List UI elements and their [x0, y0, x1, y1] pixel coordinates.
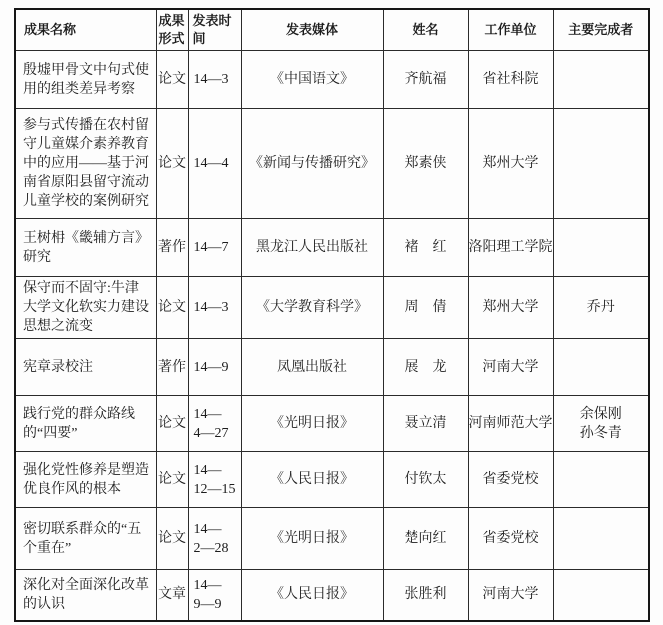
cell-publish-media: 《大学教育科学》 [241, 277, 383, 339]
table-row: 践行党的群众路线的“四要” 论文 14— 4—27 《光明日报》 聂立清 河南师… [15, 396, 649, 452]
column-header-achievement-name: 成果名称 [15, 9, 156, 51]
cell-achievement-form: 论文 [156, 396, 188, 452]
cell-person-name: 展 龙 [383, 339, 468, 396]
cell-person-name: 聂立清 [383, 396, 468, 452]
cell-achievement-form: 著作 [156, 219, 188, 277]
cell-person-name: 齐航福 [383, 51, 468, 109]
cell-work-unit: 洛阳理工学院 [468, 219, 553, 277]
cell-publish-media: 《中国语文》 [241, 51, 383, 109]
cell-work-unit: 河南大学 [468, 570, 553, 621]
cell-publish-date: 14— 4—27 [188, 396, 241, 452]
cell-achievement-form: 论文 [156, 277, 188, 339]
cell-work-unit: 省委党校 [468, 508, 553, 570]
cell-achievement-name: 密切联系群众的“五个重在” [15, 508, 156, 570]
cell-achievement-name: 王树枏《畿辅方言》研究 [15, 219, 156, 277]
cell-main-completers: 余保刚 孙冬青 [553, 396, 649, 452]
cell-person-name: 褚 红 [383, 219, 468, 277]
cell-person-name: 楚向红 [383, 508, 468, 570]
cell-main-completers [553, 51, 649, 109]
cell-main-completers [553, 570, 649, 621]
cell-achievement-form: 论文 [156, 452, 188, 508]
cell-publish-date: 14— 12—15 [188, 452, 241, 508]
document-page: 成果名称 成果形式 发表时间 发表媒体 姓名 工作单位 主要完成者 殷墟甲骨文中… [14, 8, 650, 622]
column-header-main-completers: 主要完成者 [553, 9, 649, 51]
table-row: 深化对全面深化改革的认识 文章 14— 9—9 《人民日报》 张胜利 河南大学 [15, 570, 649, 621]
cell-publish-media: 《新闻与传播研究》 [241, 109, 383, 219]
cell-person-name: 郑素侠 [383, 109, 468, 219]
cell-achievement-name: 殷墟甲骨文中句式使用的组类差异考察 [15, 51, 156, 109]
cell-work-unit: 河南师范大学 [468, 396, 553, 452]
cell-work-unit: 郑州大学 [468, 109, 553, 219]
table-row: 宪章录校注 著作 14—9 凤凰出版社 展 龙 河南大学 [15, 339, 649, 396]
table-header-row: 成果名称 成果形式 发表时间 发表媒体 姓名 工作单位 主要完成者 [15, 9, 649, 51]
cell-main-completers [553, 452, 649, 508]
cell-work-unit: 省委党校 [468, 452, 553, 508]
cell-publish-media: 《光明日报》 [241, 396, 383, 452]
table-row: 强化党性修养是塑造优良作风的根本 论文 14— 12—15 《人民日报》 付钦太… [15, 452, 649, 508]
cell-main-completers [553, 109, 649, 219]
cell-publish-date: 14—3 [188, 51, 241, 109]
table-row: 密切联系群众的“五个重在” 论文 14— 2—28 《光明日报》 楚向红 省委党… [15, 508, 649, 570]
cell-work-unit: 省社科院 [468, 51, 553, 109]
cell-publish-date: 14—3 [188, 277, 241, 339]
cell-achievement-form: 文章 [156, 570, 188, 621]
results-table: 成果名称 成果形式 发表时间 发表媒体 姓名 工作单位 主要完成者 殷墟甲骨文中… [14, 8, 650, 622]
cell-publish-media: 《光明日报》 [241, 508, 383, 570]
table-row: 殷墟甲骨文中句式使用的组类差异考察 论文 14—3 《中国语文》 齐航福 省社科… [15, 51, 649, 109]
cell-publish-date: 14—9 [188, 339, 241, 396]
column-header-publish-media: 发表媒体 [241, 9, 383, 51]
cell-achievement-name: 宪章录校注 [15, 339, 156, 396]
cell-achievement-name: 强化党性修养是塑造优良作风的根本 [15, 452, 156, 508]
table-row: 保守而不固守:牛津大学文化软实力建设思想之流变 论文 14—3 《大学教育科学》… [15, 277, 649, 339]
cell-main-completers [553, 508, 649, 570]
cell-publish-date: 14— 2—28 [188, 508, 241, 570]
column-header-person-name: 姓名 [383, 9, 468, 51]
cell-publish-media: 《人民日报》 [241, 452, 383, 508]
cell-publish-media: 凤凰出版社 [241, 339, 383, 396]
column-header-achievement-form: 成果形式 [156, 9, 188, 51]
column-header-work-unit: 工作单位 [468, 9, 553, 51]
cell-person-name: 付钦太 [383, 452, 468, 508]
cell-person-name: 张胜利 [383, 570, 468, 621]
table-row: 王树枏《畿辅方言》研究 著作 14—7 黑龙江人民出版社 褚 红 洛阳理工学院 [15, 219, 649, 277]
cell-achievement-form: 论文 [156, 51, 188, 109]
cell-achievement-name: 践行党的群众路线的“四要” [15, 396, 156, 452]
cell-publish-media: 《人民日报》 [241, 570, 383, 621]
cell-publish-date: 14—7 [188, 219, 241, 277]
cell-main-completers [553, 219, 649, 277]
table-row: 参与式传播在农村留守儿童媒介素养教育中的应用——基于河南省原阳县留守流动儿童学校… [15, 109, 649, 219]
cell-achievement-form: 论文 [156, 109, 188, 219]
cell-main-completers: 乔丹 [553, 277, 649, 339]
cell-main-completers [553, 339, 649, 396]
cell-achievement-form: 论文 [156, 508, 188, 570]
cell-publish-date: 14—4 [188, 109, 241, 219]
column-header-publish-date: 发表时间 [188, 9, 241, 51]
cell-publish-date: 14— 9—9 [188, 570, 241, 621]
cell-work-unit: 郑州大学 [468, 277, 553, 339]
cell-person-name: 周 倩 [383, 277, 468, 339]
cell-achievement-name: 参与式传播在农村留守儿童媒介素养教育中的应用——基于河南省原阳县留守流动儿童学校… [15, 109, 156, 219]
cell-achievement-name: 深化对全面深化改革的认识 [15, 570, 156, 621]
cell-achievement-name: 保守而不固守:牛津大学文化软实力建设思想之流变 [15, 277, 156, 339]
cell-achievement-form: 著作 [156, 339, 188, 396]
cell-work-unit: 河南大学 [468, 339, 553, 396]
cell-publish-media: 黑龙江人民出版社 [241, 219, 383, 277]
